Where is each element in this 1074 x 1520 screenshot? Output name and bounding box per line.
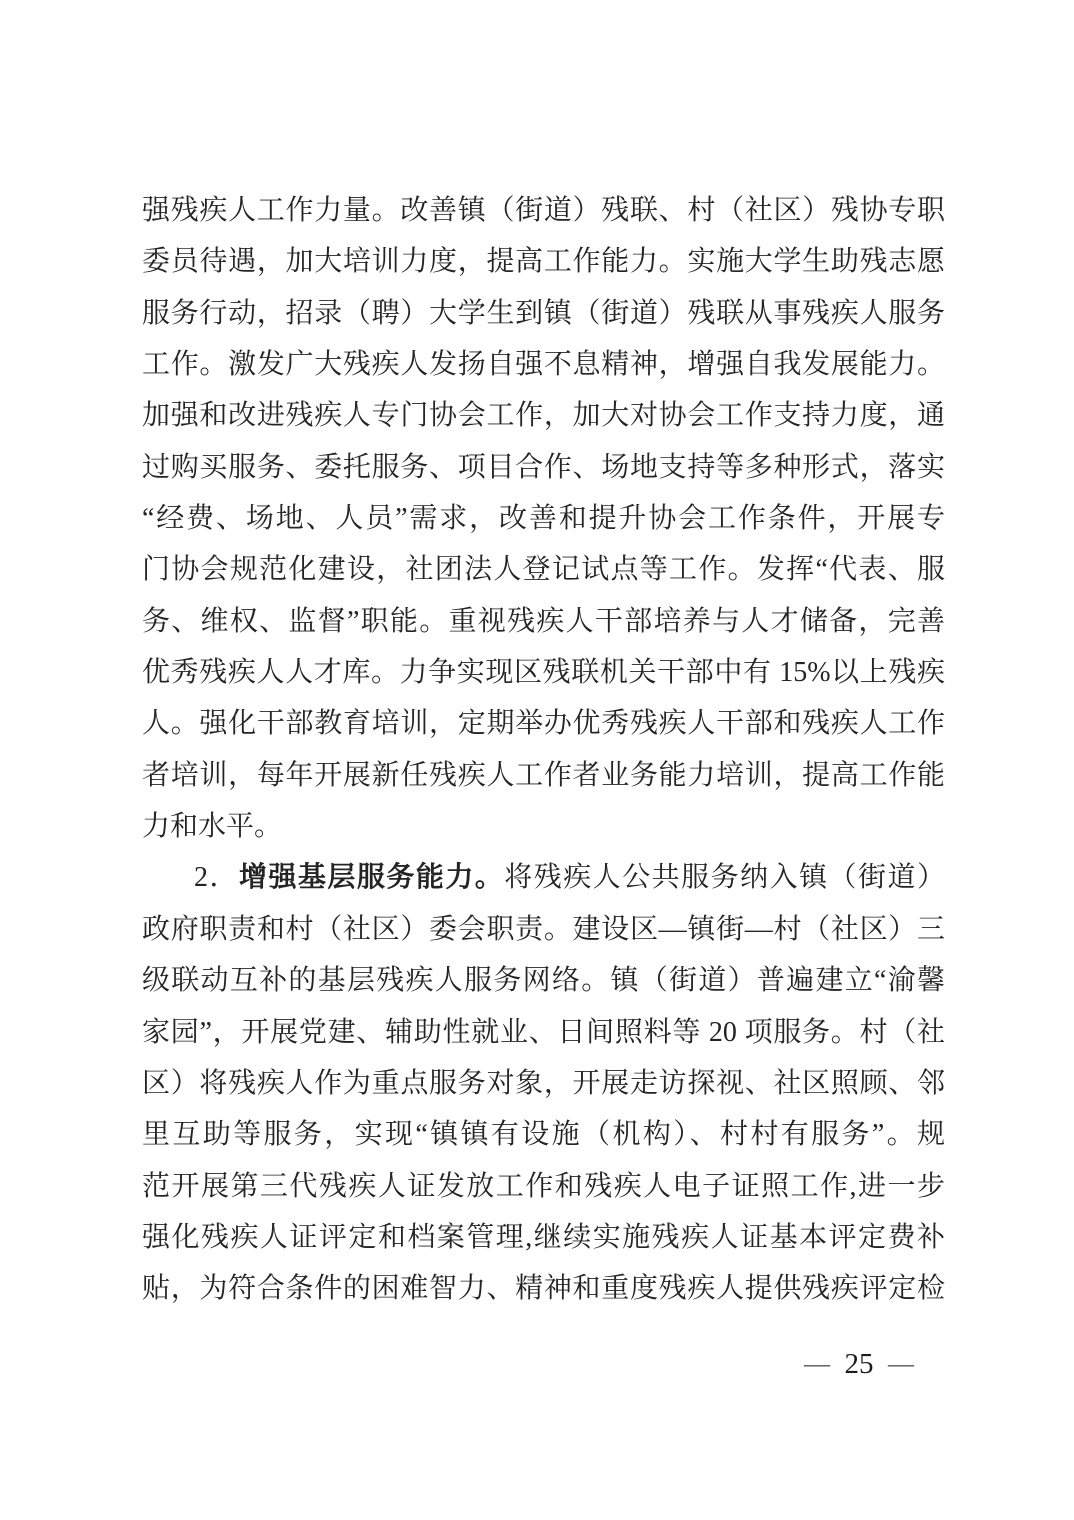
page-number: — 25 —: [804, 1344, 914, 1384]
item-number: 2．: [194, 862, 239, 893]
text-line: 贴，为符合条件的困难智力、精神和重度残疾人提供残疾评定检: [142, 1263, 945, 1314]
document-page: 强残疾人工作力量。改善镇（街道）残联、村（社区）残协专职 委员待遇，加大培训力度…: [0, 0, 1074, 1520]
item-heading-rest: 将残疾人公共服务纳入镇（街道）: [504, 862, 945, 893]
text-line: 范开展第三代残疾人证发放工作和残疾人电子证照工作,进一步: [142, 1161, 945, 1212]
text-line: 人。强化干部教育培训，定期举办优秀残疾人干部和残疾人工作: [142, 698, 945, 749]
item-heading-title: 增强基层服务能力。: [239, 862, 504, 893]
page-number-dash-left: —: [804, 1344, 830, 1384]
text-line: 门协会规范化建设，社团法人登记试点等工作。发挥“代表、服: [142, 544, 945, 595]
text-line: 优秀残疾人人才库。力争实现区残联机关干部中有 15%以上残疾: [142, 647, 945, 698]
text-line: 强化残疾人证评定和档案管理,继续实施残疾人证基本评定费补: [142, 1212, 945, 1263]
text-line: 政府职责和村（社区）委会职责。建设区—镇街—村（社区）三: [142, 904, 945, 955]
paragraph-end-line: 力和水平。: [142, 801, 945, 852]
text-line: 家园”，开展党建、辅助性就业、日间照料等 20 项服务。村（社: [142, 1007, 945, 1058]
text-line: 强残疾人工作力量。改善镇（街道）残联、村（社区）残协专职: [142, 185, 945, 236]
text-line: 者培训，每年开展新任残疾人工作者业务能力培训，提高工作能: [142, 750, 945, 801]
text-line: 区）将残疾人作为重点服务对象，开展走访探视、社区照顾、邻: [142, 1058, 945, 1109]
page-number-dash-right: —: [888, 1344, 914, 1384]
text-line: 里互助等服务，实现“镇镇有设施（机构）、村村有服务”。规: [142, 1109, 945, 1160]
text-line: 过购买服务、委托服务、项目合作、场地支持等多种形式，落实: [142, 442, 945, 493]
text-line: 委员待遇，加大培训力度，提高工作能力。实施大学生助残志愿: [142, 236, 945, 287]
text-line: 加强和改进残疾人专门协会工作，加大对协会工作支持力度，通: [142, 390, 945, 441]
body-text: 强残疾人工作力量。改善镇（街道）残联、村（社区）残协专职 委员待遇，加大培训力度…: [142, 185, 945, 1315]
text-line: “经费、场地、人员”需求，改善和提升协会工作条件，开展专: [142, 493, 945, 544]
text-line: 服务行动，招录（聘）大学生到镇（街道）残联从事残疾人服务: [142, 288, 945, 339]
item-heading-line: 2．增强基层服务能力。将残疾人公共服务纳入镇（街道）: [142, 852, 945, 903]
text-line: 务、维权、监督”职能。重视残疾人干部培养与人才储备，完善: [142, 596, 945, 647]
text-line: 工作。激发广大残疾人发扬自强不息精神，增强自我发展能力。: [142, 339, 945, 390]
text-line: 级联动互补的基层残疾人服务网络。镇（街道）普遍建立“渝馨: [142, 955, 945, 1006]
page-number-value: 25: [845, 1344, 874, 1384]
